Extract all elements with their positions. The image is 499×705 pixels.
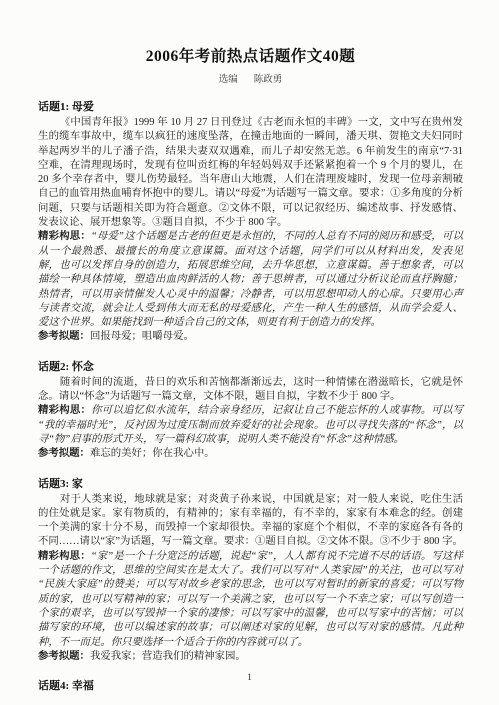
topic-section-1: 话题1: 母爱 《中国青年报》1999 年 10 月 27 日刊登过《古老而永恒… (38, 98, 463, 345)
topic-2-concept-text: 你可以追忆似水流年，结合亲身经历，记叙让自己不能忘怀的人或事物。可以写“我的幸福… (38, 405, 463, 445)
topic-2-ref-text: 难忘的美好；你在我心中。 (90, 448, 215, 459)
topic-3-intro: 对于人类来说，地球就是家；对炎黄子孙来说，中国就是家；对一般人来说，吃住生活的住… (38, 493, 463, 550)
topic-1-ref-text: 回报母爱；咀嚼母爱。 (90, 331, 194, 342)
topic-section-3: 话题3: 家 对于人类来说，地球就是家；对炎黄子孙来说，中国就是家；对一般人来说… (38, 475, 463, 665)
byline-name: 陈政勇 (254, 75, 283, 85)
ref-label: 参考拟题： (38, 448, 90, 459)
topic-2-heading: 话题2: 怀念 (38, 358, 463, 374)
topic-1-ref: 参考拟题：回报母爱；咀嚼母爱。 (38, 330, 463, 344)
topic-2-ref: 参考拟题：难忘的美好；你在我心中。 (38, 447, 463, 461)
concept-label: 精彩构思： (38, 551, 91, 562)
topic-3-concept-text: “家”是一个十分宽泛的话题，说起“家”，人人都有说不完道不尽的话语。写这样一个话… (38, 551, 463, 648)
concept-label: 精彩构思： (38, 231, 91, 242)
document-page: 2006年考前热点话题作文40题 选编陈政勇 话题1: 母爱 《中国青年报》19… (0, 0, 499, 705)
page-number: 1 (0, 673, 499, 683)
topic-3-ref-text: 我爱我家；营造我们的精神家园。 (90, 651, 246, 662)
topic-1-intro: 《中国青年报》1999 年 10 月 27 日刊登过《古老而永恒的丰碑》一文，文… (38, 116, 463, 230)
topic-1-concept: 精彩构思：“母爱”这个话题是古老的但更是永恒的，不同的人总有不同的阅历和感受，可… (38, 230, 463, 330)
topic-2-concept: 精彩构思：你可以追忆似水流年，结合亲身经历，记叙让自己不能忘怀的人或事物。可以写… (38, 404, 463, 447)
ref-label: 参考拟题： (38, 331, 90, 342)
ref-label: 参考拟题： (38, 651, 90, 662)
topic-3-heading: 话题3: 家 (38, 475, 463, 491)
byline-role: 选编 (219, 75, 238, 85)
topic-1-heading: 话题1: 母爱 (38, 98, 463, 114)
topic-2-intro: 随着时间的流逝，昔日的欢乐和苦恼都渐渐远去，这时一种情愫在潜滋暗长，它就是怀念。… (38, 376, 463, 405)
topic-3-ref: 参考拟题：我爱我家；营造我们的精神家园。 (38, 650, 463, 664)
page-title: 2006年考前热点话题作文40题 (38, 44, 463, 66)
topic-section-2: 话题2: 怀念 随着时间的流逝，昔日的欢乐和苦恼都渐渐远去，这时一种情愫在潜滋暗… (38, 358, 463, 462)
concept-label: 精彩构思： (38, 405, 91, 416)
topic-1-concept-text: “母爱”这个话题是古老的但更是永恒的，不同的人总有不同的阅历和感受，可以从一个最… (38, 231, 463, 328)
byline: 选编陈政勇 (38, 71, 463, 85)
topic-3-concept: 精彩构思：“家”是一个十分宽泛的话题，说起“家”，人人都有说不完道不尽的话语。写… (38, 550, 463, 650)
